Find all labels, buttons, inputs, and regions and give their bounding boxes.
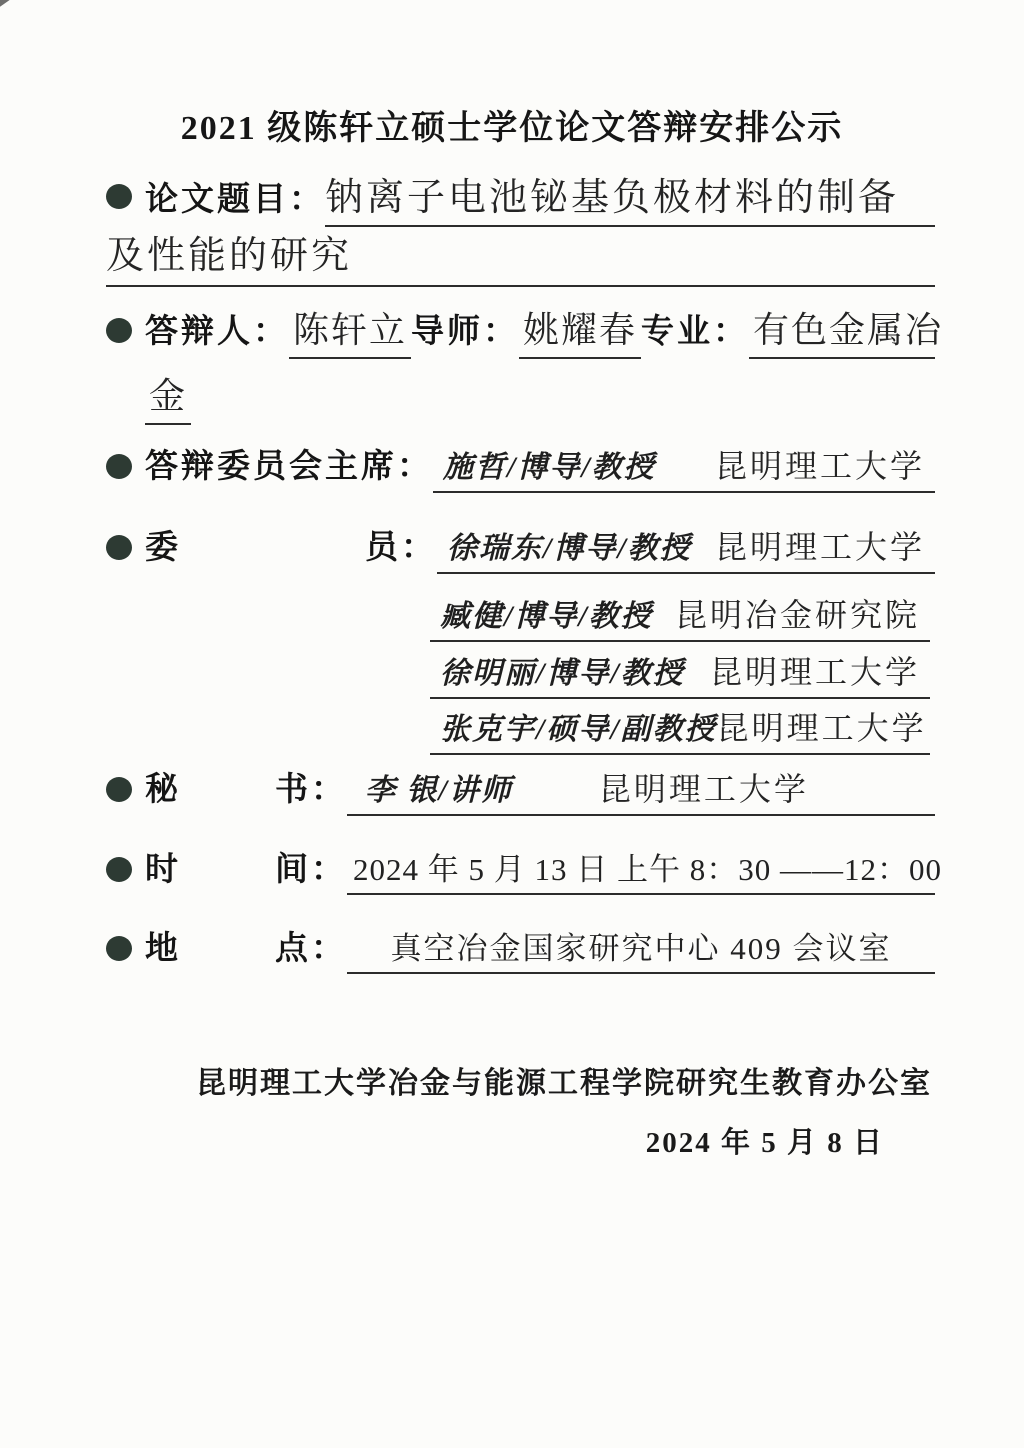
committee-label-right: 员： (365, 521, 437, 568)
advisor-label: 导师： (411, 305, 519, 352)
time-label: 时 间： (145, 843, 347, 890)
member-name: 臧健/博导/教授 (440, 591, 653, 635)
location-value: 真空冶金国家研究中心 409 会议室 (391, 931, 892, 966)
secretary-label-left: 秘 (145, 763, 181, 810)
location-row: 地 点： 真空冶金国家研究中心 409 会议室 (106, 922, 935, 974)
time-underline: 2024 年 5 月 13 日 上午 8：30 ——12：00 (347, 844, 935, 895)
location-label: 地 点： (145, 922, 347, 969)
thesis-title-row: 论文题目： 钠离子电池铋基负极材料的制备 (106, 166, 935, 227)
scan-artifact-corner (0, 0, 10, 7)
bullet-icon (106, 857, 132, 882)
time-label-right: 间： (275, 843, 347, 890)
thesis-title-wrap-row: 及性能的研究 (106, 224, 935, 287)
secretary-label-right: 书： (275, 763, 347, 810)
page-title: 2021 级陈轩立硕士学位论文答辩安排公示 (0, 100, 1024, 149)
advisor-name: 姚耀春 (519, 302, 641, 359)
secretary-institution: 昆明理工大学 (599, 764, 809, 810)
member-name: 张克宇/硕导/副教授 (440, 704, 717, 748)
bullet-icon (106, 535, 132, 560)
bullet-icon (106, 318, 132, 343)
thesis-title-label: 论文题目： (145, 173, 325, 220)
location-underline: 真空冶金国家研究中心 409 会议室 (347, 923, 935, 974)
chair-name: 施哲/博导/教授 (443, 442, 656, 486)
footer-date: 2024 年 5 月 8 日 (106, 1120, 884, 1161)
major-value-line1: 有色金属冶 (749, 302, 935, 359)
defendant-row: 答辩人： 陈轩立 导师： 姚耀春 专业： 有色金属冶 (106, 302, 935, 359)
secretary-label: 秘 书： (145, 763, 347, 810)
member-institution: 昆明理工大学 (715, 522, 925, 568)
chair-label: 答辩委员会主席： (145, 440, 433, 487)
major-label: 专业： (641, 305, 749, 352)
footer-office: 昆明理工大学冶金与能源工程学院研究生教育办公室 (106, 1058, 932, 1102)
location-label-right: 点： (275, 922, 347, 969)
member-name: 徐明丽/博导/教授 (440, 648, 685, 692)
member-institution: 昆明冶金研究院 (675, 590, 920, 636)
secretary-name: 李 银/讲师 (365, 765, 513, 809)
committee-member-row: 张克宇/硕导/副教授 昆明理工大学 (430, 703, 930, 755)
committee-row: 委 员： 徐瑞东/博导/教授 昆明理工大学 (106, 521, 935, 574)
committee-member-underline: 徐瑞东/博导/教授 昆明理工大学 (437, 522, 935, 574)
committee-member-row: 徐明丽/博导/教授 昆明理工大学 (430, 647, 930, 699)
committee-member-row: 臧健/博导/教授 昆明冶金研究院 (430, 590, 930, 642)
bullet-icon (106, 454, 132, 479)
major-value-line2: 金 (145, 368, 191, 425)
committee-label: 委 员： (145, 521, 437, 568)
time-label-left: 时 (145, 843, 181, 890)
secretary-underline: 李 银/讲师 昆明理工大学 (347, 764, 935, 816)
time-value: 2024 年 5 月 13 日 上午 8：30 ——12：00 (353, 852, 942, 887)
bullet-icon (106, 184, 132, 209)
member-name: 徐瑞东/博导/教授 (447, 523, 692, 567)
time-row: 时 间： 2024 年 5 月 13 日 上午 8：30 ——12：00 (106, 843, 935, 895)
member-institution: 昆明理工大学 (710, 647, 920, 693)
defendant-name: 陈轩立 (289, 302, 411, 359)
chair-underline: 施哲/博导/教授 昆明理工大学 (433, 441, 935, 493)
defendant-label: 答辩人： (145, 305, 289, 352)
committee-label-left: 委 (145, 521, 181, 568)
major-wrap-row: 金 (145, 368, 935, 425)
thesis-title-line1: 钠离子电池铋基负极材料的制备 (325, 177, 899, 219)
chair-institution: 昆明理工大学 (715, 441, 925, 487)
chair-row: 答辩委员会主席： 施哲/博导/教授 昆明理工大学 (106, 440, 935, 493)
thesis-title-line2: 及性能的研究 (106, 224, 352, 279)
location-label-left: 地 (145, 922, 181, 969)
bullet-icon (106, 936, 132, 961)
member-institution: 昆明理工大学 (717, 703, 927, 749)
thesis-title-underline: 钠离子电池铋基负极材料的制备 (325, 166, 935, 227)
bullet-icon (106, 777, 132, 802)
scanned-announcement-page: 2021 级陈轩立硕士学位论文答辩安排公示 论文题目： 钠离子电池铋基负极材料的… (0, 0, 1024, 1448)
secretary-row: 秘 书： 李 银/讲师 昆明理工大学 (106, 763, 935, 816)
